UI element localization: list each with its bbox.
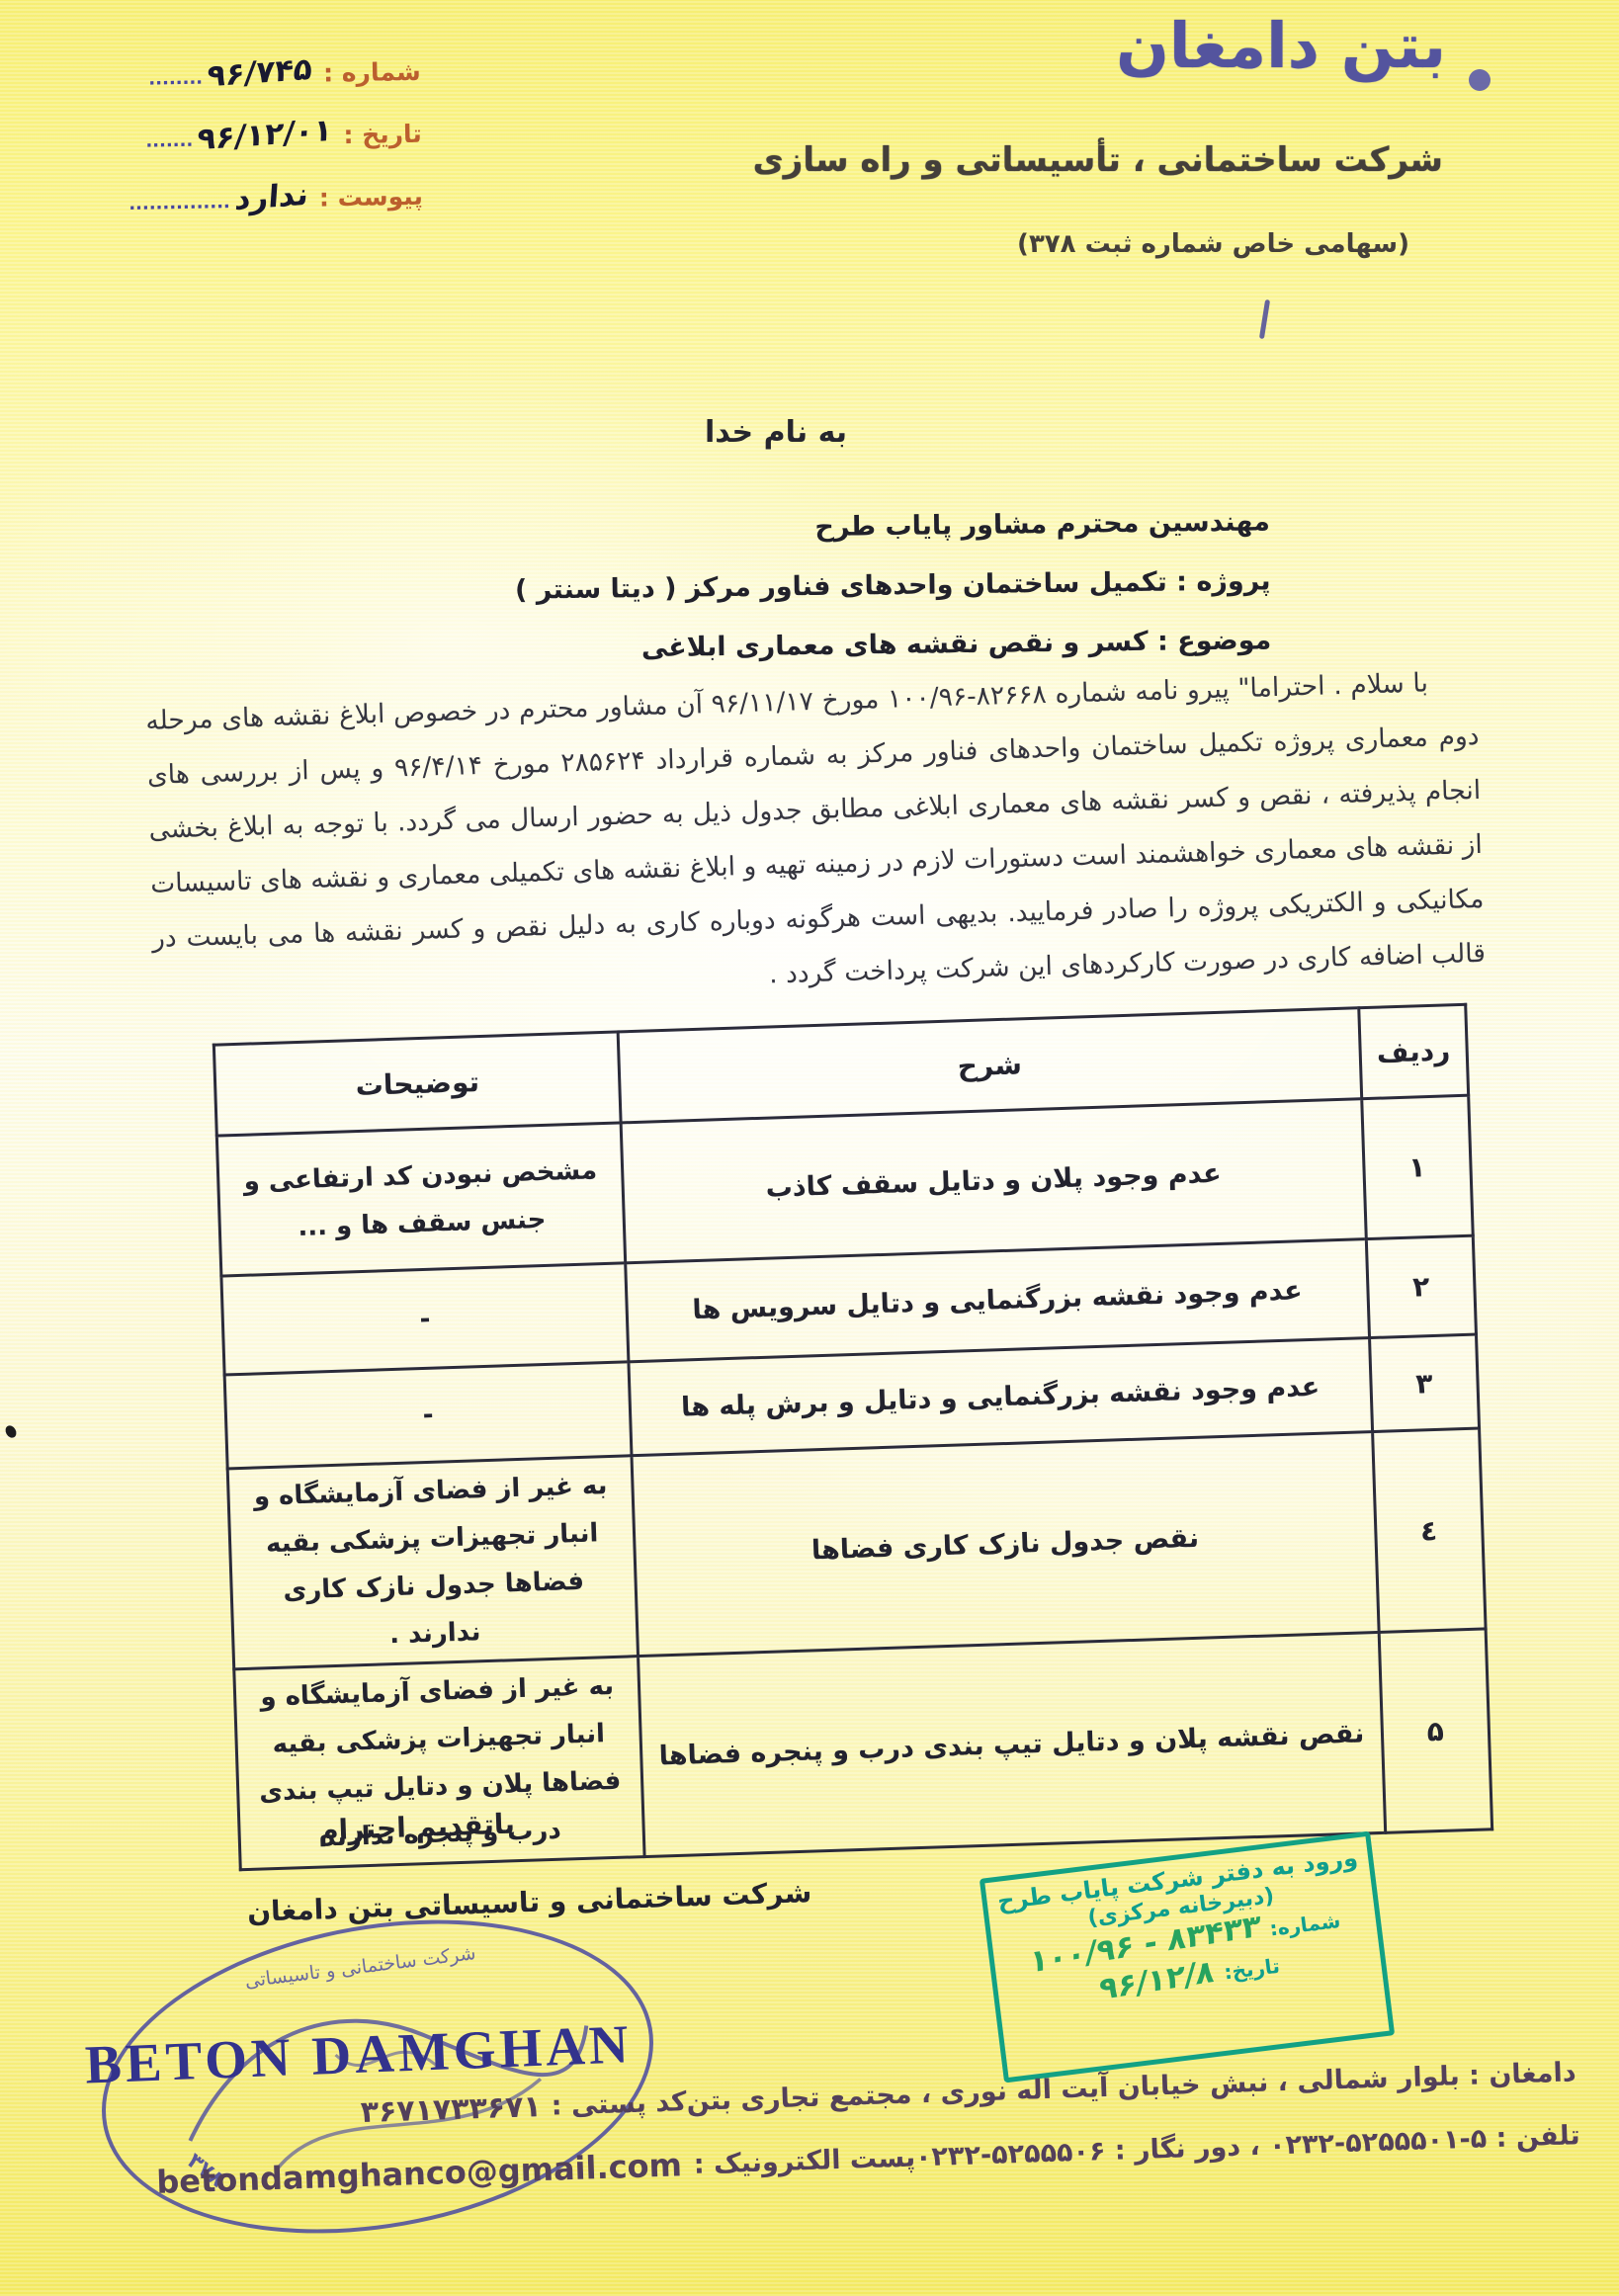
- company-subtitle: شرکت ساختمانی ، تأسیساتی و راه سازی: [753, 140, 1443, 180]
- dotted-line: .......: [145, 130, 193, 152]
- ref-date-row: تاریخ : ۹۶/۱۲/۰۱ .......: [53, 115, 422, 156]
- notes-cell: به غیر از فضای آزمایشگاه و انبار تجهیزات…: [227, 1456, 638, 1669]
- ref-number-value: ۹۶/۷۴۵: [207, 51, 314, 94]
- footer-postal-code: کد پستی : ۳۶۷۱۷۳۳۶۷۱: [360, 2084, 687, 2130]
- ref-attachment-row: پیوست : ندارد ...............: [55, 177, 424, 218]
- description-cell: نقص جدول نازک کاری فضاها: [632, 1432, 1379, 1657]
- reference-fields: شماره : ۹۶/۷۴۵ ........ تاریخ : ۹۶/۱۲/۰۱…: [52, 52, 423, 245]
- description-cell: عدم وجود پلان و دتایل سقف کاذب: [621, 1099, 1366, 1263]
- scanned-letter-page: شماره : ۹۶/۷۴۵ ........ تاریخ : ۹۶/۱۲/۰۱…: [0, 0, 1619, 2296]
- description-cell: نقص نقشه پلان و دتایل تیپ بندی درب و پنج…: [639, 1632, 1386, 1856]
- email-label: پست الکترونیک :: [693, 2142, 915, 2179]
- scan-artifact-speck: [3, 1423, 18, 1439]
- company-registration: (سهامی خاص شماره ثبت ۳۷۸): [1017, 229, 1409, 259]
- notes-cell: -: [221, 1263, 629, 1375]
- header-row-number: ردیف: [1358, 1004, 1468, 1098]
- stamp-number-label: شماره:: [1268, 1909, 1341, 1941]
- email-value: betondamghanco@gmail.com: [156, 2146, 683, 2201]
- ref-attachment-value: ندارد: [233, 177, 309, 217]
- issues-table: ردیف شرح توضیحات ۱ عدم وجود پلان و دتایل…: [213, 1003, 1493, 1872]
- dotted-line: ........: [148, 68, 203, 90]
- recipient-project: پروژه : تکمیل ساختمان واحدهای فناور مرکز…: [515, 552, 1271, 620]
- letter-body: با سلام . احتراما" پیرو نامه شماره ۸۲۶۶۸…: [145, 654, 1487, 1020]
- table-row: ٤ نقص جدول نازک کاری فضاها به غیر از فضا…: [227, 1428, 1486, 1669]
- besmellah-line: به نام خدا: [667, 415, 885, 450]
- recipient-block: مهندسین محترم مشاور پایاب طرح پروژه : تک…: [514, 492, 1272, 679]
- ref-date-label: تاریخ :: [343, 120, 422, 149]
- notes-cell: -: [224, 1362, 632, 1469]
- row-number-cell: ۳: [1369, 1334, 1479, 1431]
- footer-address: دامغان : بلوار شمالی ، نبش خیابان آیت ال…: [686, 2057, 1576, 2117]
- closing-regards: باتقدیم احترام: [317, 1808, 515, 1847]
- postal-label: کد پستی :: [551, 2086, 687, 2122]
- green-entry-stamp: ورود به دفتر شرکت پایاب طرح (دبیرخانه مر…: [980, 1831, 1395, 2083]
- notes-cell: مشخص نبودن کد ارتفاعی و جنس سقف ها و ...: [216, 1123, 626, 1276]
- footer-email: پست الکترونیک : betondamghanco@gmail.com: [156, 2138, 916, 2200]
- row-number-cell: ۲: [1366, 1235, 1477, 1337]
- ref-attachment-label: پیوست :: [319, 182, 424, 213]
- ref-date-value: ۹۶/۱۲/۰۱: [197, 113, 334, 158]
- ref-number-label: شماره :: [323, 57, 421, 88]
- scan-artifact-mark: [1259, 299, 1270, 339]
- postal-value: ۳۶۷۱۷۳۳۶۷۱: [360, 2088, 542, 2129]
- stamp-date-label: تاریخ:: [1223, 1954, 1281, 1985]
- scan-artifact-dot: [1469, 69, 1491, 91]
- company-logo-text: بتن دامغان: [1116, 10, 1446, 82]
- closing-company-name: شرکت ساختمانی و تاسیساتی بتن دامغان: [247, 1876, 812, 1928]
- row-number-cell: ٤: [1372, 1428, 1486, 1632]
- row-number-cell: ۵: [1379, 1629, 1492, 1832]
- recipient-to: مهندسین محترم مشاور پایاب طرح: [514, 492, 1270, 560]
- dotted-line: ...............: [128, 192, 230, 214]
- footer-phone-fax: تلفن : ۵-۵۲۵۵۵۰۱-۰۲۳۲ ، دور نگار : ۵۲۵۵۵…: [915, 2120, 1581, 2172]
- header-notes: توضیحات: [213, 1032, 621, 1136]
- ref-number-row: شماره : ۹۶/۷۴۵ ........: [52, 52, 421, 94]
- row-number-cell: ۱: [1361, 1095, 1473, 1238]
